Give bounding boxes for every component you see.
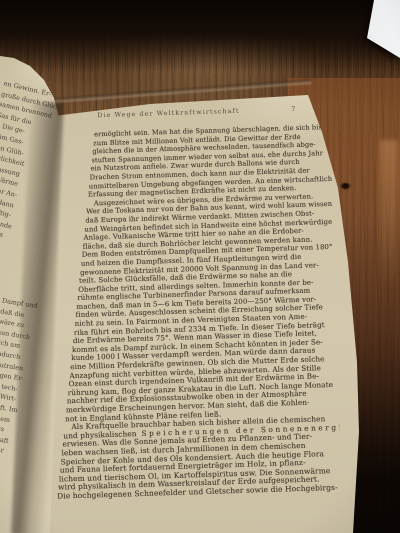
page-number: 7: [291, 106, 295, 113]
white-paper-sheet-face: [336, 0, 400, 84]
photo-of-open-book-on-table: Die Wege der Weltkraftwirtschaft 7 ermög…: [0, 0, 400, 533]
wood-knot: [340, 182, 351, 190]
text-block: ermöglicht sein. Man hat die Spannung üb…: [40, 123, 341, 501]
running-header-title: Die Wege der Weltkraftwirtschaft: [97, 108, 239, 119]
white-paper-sheet: [336, 0, 400, 84]
wood-light-streak: [380, 140, 398, 290]
